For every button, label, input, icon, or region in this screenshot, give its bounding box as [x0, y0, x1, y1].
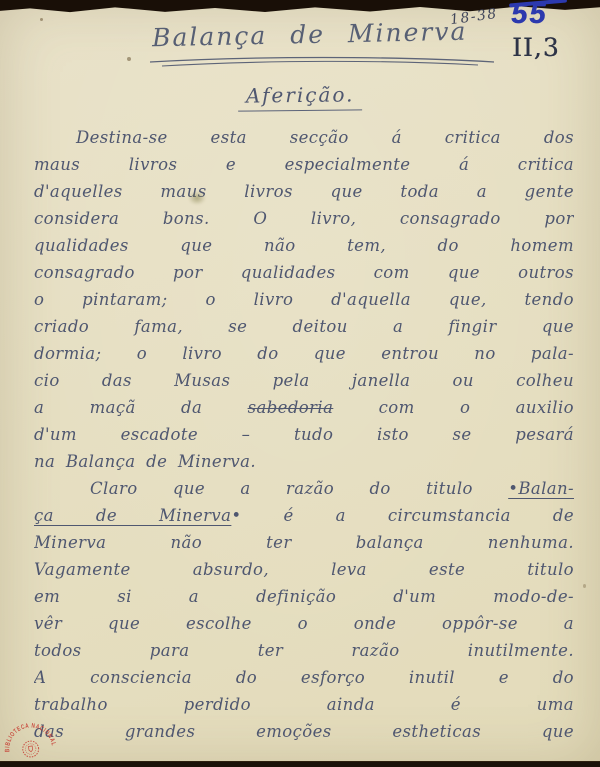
line-text: consagrado por qualidades com que outros [34, 263, 574, 282]
collection-number: 55 [511, 0, 547, 31]
line-text: d'aquelles maus livros que toda a gente [34, 182, 574, 201]
paper-speck [583, 584, 586, 588]
line-text: trabalho perdido ainda é uma [34, 695, 574, 714]
manuscript-line: na Balança de Minerva. [34, 448, 574, 475]
manuscript-line: todos para ter razão inutilmente. [34, 637, 574, 664]
line-text: maus livros e especialmente á critica [34, 155, 574, 174]
manuscript-line: ça de Minerva• é a circumstancia de [34, 502, 574, 529]
line-text: na Balança de Minerva. [34, 452, 256, 471]
line-text: qualidades que não tem, do homem [34, 236, 574, 255]
manuscript-line: das grandes emoções estheticas que [34, 718, 574, 745]
line-text: d'um escadote – tudo isto se pesará [34, 425, 574, 444]
scan-edge-bottom [0, 761, 600, 767]
line-text: das grandes emoções estheticas que [34, 722, 574, 741]
manuscript-line: consagrado por qualidades com que outros [34, 259, 574, 286]
underlined-word: ça de Minerva [34, 506, 231, 525]
manuscript-line: d'um escadote – tudo isto se pesará [34, 421, 574, 448]
manuscript-line: trabalho perdido ainda é uma [34, 691, 574, 718]
library-stamp-icon: BIBLIOTECA NACIONAL [0, 705, 61, 767]
line-text: A consciencia do esforço inutil e do [34, 668, 574, 687]
manuscript-line: d'aquelles maus livros que toda a gente [34, 178, 574, 205]
line-text: considera bons. O livro, consagrado por [34, 209, 574, 228]
manuscript-line: dormia; o livro do que entrou no pala- [34, 340, 574, 367]
volume-mark: II,3 [512, 33, 560, 62]
struck-word: sabedoria [248, 398, 334, 417]
manuscript-line: Minerva não ter balança nenhuma. [34, 529, 574, 556]
manuscript-line: vêr que escolhe o onde oppôr-se a [34, 610, 574, 637]
manuscript-line: a maçã da sabedoria com o auxilio [34, 394, 574, 421]
line-text: Claro que a razão do titulo [90, 479, 508, 498]
manuscript-line: A consciencia do esforço inutil e do [34, 664, 574, 691]
line-text: o pintaram; o livro d'aquella que, tendo [34, 290, 574, 309]
paper-speck [127, 57, 131, 61]
manuscript-line: em si a definição d'um modo-de- [34, 583, 574, 610]
manuscript-line: o pintaram; o livro d'aquella que, tendo [34, 286, 574, 313]
line-text: todos para ter razão inutilmente. [34, 641, 574, 660]
manuscript-line: criado fama, se deitou a fingir que [34, 313, 574, 340]
manuscript-body: Destina-se esta secção á critica dos mau… [34, 124, 574, 745]
paper-speck [40, 18, 43, 21]
line-text: Vagamente absurdo, leva este titulo [34, 560, 574, 579]
line-text: • é a circumstancia de [231, 506, 574, 525]
manuscript-page: 18-38 55 II,3 Balança de Minerva Aferiçã… [0, 0, 600, 767]
line-text: a maçã da [34, 398, 248, 417]
line-text: com o auxilio [333, 398, 574, 417]
manuscript-line: Claro que a razão do titulo •Balan- [34, 475, 574, 502]
title-underline [146, 54, 498, 70]
ink-smudge [188, 191, 206, 205]
line-text: em si a definição d'um modo-de- [34, 587, 574, 606]
line-text: criado fama, se deitou a fingir que [34, 317, 574, 336]
manuscript-line: maus livros e especialmente á critica [34, 151, 574, 178]
manuscript-line: qualidades que não tem, do homem [34, 232, 574, 259]
manuscript-line: considera bons. O livro, consagrado por [34, 205, 574, 232]
line-text: vêr que escolhe o onde oppôr-se a [34, 614, 574, 633]
title-block: Balança de Minerva [130, 20, 490, 49]
manuscript-line: Vagamente absurdo, leva este titulo [34, 556, 574, 583]
line-text: Destina-se esta secção á critica dos [76, 128, 574, 147]
underlined-word: •Balan- [508, 479, 574, 498]
page-title: Balança de Minerva [152, 17, 468, 53]
line-text: dormia; o livro do que entrou no pala- [34, 344, 574, 363]
line-text: Minerva não ter balança nenhuma. [34, 533, 574, 552]
heading-block: Aferição. [0, 83, 600, 111]
manuscript-line: Destina-se esta secção á critica dos [34, 124, 574, 151]
manuscript-line: cio das Musas pela janella ou colheu [34, 367, 574, 394]
section-heading: Aferição. [238, 82, 363, 111]
line-text: cio das Musas pela janella ou colheu [34, 371, 574, 390]
